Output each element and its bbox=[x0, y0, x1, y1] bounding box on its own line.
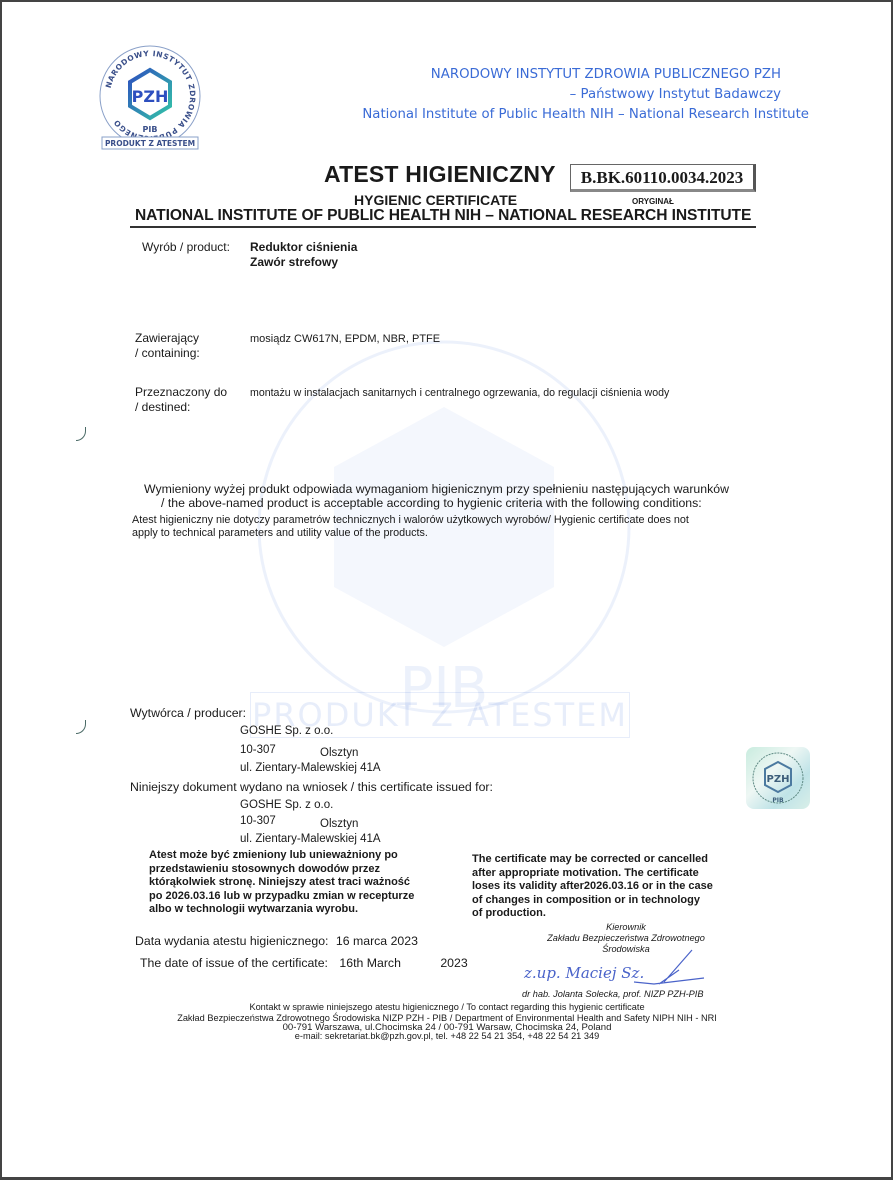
validity-en-line: after appropriate motivation. The certif… bbox=[472, 867, 713, 881]
validity-pl-line: którąkolwiek stronę. Niniejszy atest tra… bbox=[149, 876, 414, 890]
contact-footer: Kontakt w sprawie niniejszego atestu hig… bbox=[122, 1002, 772, 1049]
producer-address: GOSHE Sp. z o.o. 10-307Olsztyn ul. Zient… bbox=[240, 723, 381, 776]
svg-text:PZH: PZH bbox=[132, 87, 169, 106]
hologram-seal: PZH PIB bbox=[746, 747, 810, 809]
producer-city: Olsztyn bbox=[320, 745, 358, 761]
validity-en-line: of changes in composition or in technolo… bbox=[472, 894, 713, 908]
institute-status-pl: – Państwowy Instytut Badawczy bbox=[334, 85, 781, 105]
contact-line: e-mail: sekretariat.bk@pzh.gov.pl, tel. … bbox=[122, 1031, 772, 1042]
svg-text:PIB: PIB bbox=[772, 797, 784, 804]
contact-line: Kontakt w sprawie niniejszego atestu hig… bbox=[122, 1002, 772, 1013]
issued-for-city: Olsztyn bbox=[320, 816, 358, 832]
issued-for-label: Niniejszy dokument wydano na wniosek / t… bbox=[130, 780, 493, 795]
conditions-note-1: Atest higieniczny nie dotyczy parametrów… bbox=[132, 514, 689, 527]
document-subtitle: HYGIENIC CERTIFICATE bbox=[354, 192, 517, 208]
signatory-department: Zakładu Bezpieczeństwa Zdrowotnego bbox=[506, 933, 746, 944]
issue-date-en-value: 16th March bbox=[339, 956, 401, 970]
issued-for-name: GOSHE Sp. z o.o. bbox=[240, 797, 381, 813]
issue-date-pl-label: Data wydania atestu higienicznego: bbox=[135, 934, 328, 948]
issued-for-zip: 10-307 bbox=[240, 813, 320, 829]
institution-heading: NATIONAL INSTITUTE OF PUBLIC HEALTH NIH … bbox=[135, 207, 751, 225]
validity-pl-line: Atest może być zmieniony lub unieważnion… bbox=[149, 849, 414, 863]
validity-en-line: The certificate may be corrected or canc… bbox=[472, 853, 713, 867]
heading-divider bbox=[130, 226, 756, 228]
punch-mark bbox=[76, 427, 86, 441]
product-label: Wyrób / product: bbox=[142, 240, 230, 255]
punch-mark bbox=[76, 720, 86, 734]
conditions-text-en: / the above-named product is acceptable … bbox=[161, 496, 702, 510]
product-name-1: Reduktor ciśnienia bbox=[250, 240, 357, 255]
issue-date-en: The date of issue of the certificate: 16… bbox=[140, 956, 468, 970]
producer-street: ul. Zientary-Malewskiej 41A bbox=[240, 760, 381, 776]
issue-date-pl-value: 16 marca 2023 bbox=[336, 934, 418, 948]
institute-logo: NARODOWY INSTYTUT ZDROWIA PUBLICZNEGO PZ… bbox=[94, 40, 206, 152]
issue-date-en-label: The date of issue of the certificate: bbox=[140, 956, 328, 970]
destined-label-en: / destined: bbox=[135, 400, 190, 415]
validity-pl-line: przedstawieniu stosownych dowodów przez bbox=[149, 863, 414, 877]
validity-en-line: of production. bbox=[472, 907, 713, 921]
svg-text:z.up. Maciej Sz.: z.up. Maciej Sz. bbox=[523, 964, 644, 982]
destined-value: montażu w instalacjach sanitarnych i cen… bbox=[250, 386, 669, 401]
handwritten-signature: z.up. Maciej Sz. bbox=[514, 948, 724, 992]
issued-for-address: GOSHE Sp. z o.o. 10-307Olsztyn ul. Zient… bbox=[240, 797, 381, 847]
validity-text-en: The certificate may be corrected or canc… bbox=[472, 853, 713, 921]
validity-pl-line: albo w technologii wytwarzania wyrobu. bbox=[149, 903, 414, 917]
containing-label-en: / containing: bbox=[135, 346, 200, 361]
validity-en-line: loses its validity after2026.03.16 or in… bbox=[472, 880, 713, 894]
institute-name-pl: NARODOWY INSTYTUT ZDROWIA PUBLICZNEGO PZ… bbox=[334, 65, 781, 85]
containing-value: mosiądz CW617N, EPDM, NBR, PTFE bbox=[250, 332, 440, 347]
validity-pl-line: po 2026.03.16 lub w przypadku zmian w re… bbox=[149, 890, 414, 904]
producer-name: GOSHE Sp. z o.o. bbox=[240, 723, 381, 739]
validity-text-pl: Atest może być zmieniony lub unieważnion… bbox=[149, 849, 414, 917]
product-name-2: Zawór strefowy bbox=[250, 255, 338, 270]
conditions-text-pl: Wymieniony wyżej produkt odpowiada wymag… bbox=[144, 482, 729, 496]
institute-name: NARODOWY INSTYTUT ZDROWIA PUBLICZNEGO PZ… bbox=[334, 65, 781, 125]
issue-date-en-year: 2023 bbox=[440, 956, 467, 970]
containing-label-pl: Zawierający bbox=[135, 331, 199, 346]
issue-date-pl: Data wydania atestu higienicznego: 16 ma… bbox=[135, 934, 418, 948]
svg-text:PZH: PZH bbox=[767, 774, 790, 785]
producer-label: Wytwórca / producer: bbox=[130, 706, 246, 721]
signatory-role: Kierownik bbox=[506, 922, 746, 933]
destined-label-pl: Przeznaczony do bbox=[135, 385, 227, 400]
issued-for-street: ul. Zientary-Malewskiej 41A bbox=[240, 831, 381, 847]
svg-text:PIB: PIB bbox=[143, 125, 158, 134]
institute-name-en: National Institute of Public Health NIH … bbox=[362, 105, 809, 125]
original-mark: ORYGINAŁ bbox=[632, 197, 674, 206]
signatory-name: dr hab. Jolanta Solecka, prof. NIZP PZH-… bbox=[522, 989, 703, 999]
conditions-note-2: apply to technical parameters and utilit… bbox=[132, 527, 428, 540]
svg-text:PRODUKT Z ATESTEM: PRODUKT Z ATESTEM bbox=[105, 139, 195, 148]
document-title: ATEST HIGIENICZNY bbox=[324, 161, 556, 188]
document-page: PIB PRODUKT Z ATESTEM NARODOWY INSTYTUT … bbox=[0, 0, 893, 1180]
producer-zip: 10-307 bbox=[240, 742, 320, 758]
certificate-number: B.BK.60110.0034.2023 bbox=[570, 164, 756, 192]
